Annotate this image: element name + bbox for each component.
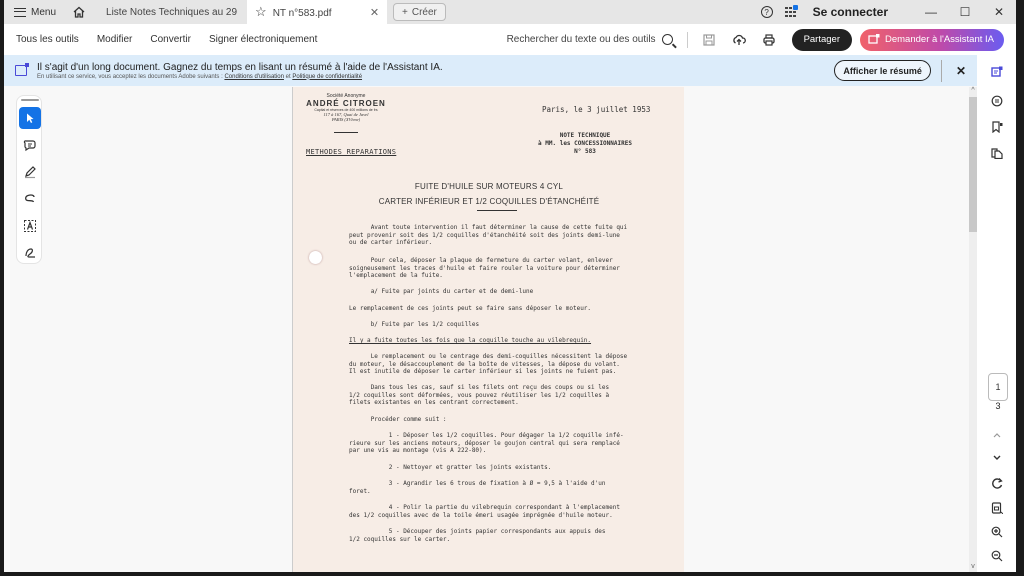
chevron-down-icon[interactable] (991, 451, 1003, 463)
terms-prefix: En utilisant ce service, vous acceptez l… (37, 74, 223, 80)
tab-label: NT n°583.pdf (273, 8, 332, 19)
toolbar-convert[interactable]: Convertir (150, 34, 191, 45)
pen-icon (23, 165, 37, 179)
paragraph: 5 - Découper des joints papier correspon… (349, 528, 679, 543)
draw-tool-button[interactable] (19, 188, 41, 210)
note-header: NOTE TECHNIQUE à MM. les CONCESSIONNAIRE… (525, 132, 645, 156)
close-icon[interactable]: ✕ (982, 5, 1016, 19)
comments-icon[interactable] (991, 95, 1003, 107)
company-name: ANDRÉ CITROEN (305, 99, 387, 108)
punch-hole (309, 251, 322, 264)
paragraph: b/ Fuite par les 1/2 coquilles (349, 321, 679, 329)
zoom-in-icon[interactable] (991, 526, 1003, 538)
create-label: Créer (412, 7, 437, 18)
note-title: NOTE TECHNIQUE (525, 132, 645, 140)
scroll-down-icon[interactable]: v (969, 563, 977, 570)
share-button[interactable]: Partager (792, 29, 852, 51)
vertical-scrollbar[interactable]: ^ v (969, 87, 977, 572)
create-button[interactable]: +Créer (393, 3, 446, 21)
ai-assistant-icon (868, 34, 880, 45)
close-banner-icon[interactable]: ✕ (956, 64, 966, 78)
terms-link[interactable]: Conditions d'utilisation (224, 74, 284, 80)
paragraph: a/ Fuite par joints du carter et de demi… (349, 288, 679, 296)
note-number: N° 583 (525, 148, 645, 156)
page-fit-icon[interactable] (991, 502, 1003, 514)
paragraph: 4 - Polir la partie du vilebrequin corre… (349, 504, 679, 519)
apps-grid-icon[interactable] (785, 6, 797, 18)
zoom-out-icon[interactable] (991, 550, 1003, 562)
pages-icon[interactable] (991, 147, 1003, 159)
paragraph: Le remplacement de ces joints peut se fa… (349, 305, 679, 313)
search-tools-input[interactable]: Rechercher du texte ou des outils (507, 34, 656, 45)
scroll-thumb[interactable] (969, 97, 977, 232)
signature-icon (23, 246, 37, 260)
paragraph: Pour cela, déposer la plaque de fermetur… (349, 257, 679, 280)
bookmarks-icon[interactable] (991, 121, 1003, 133)
help-icon[interactable]: ? (761, 6, 773, 18)
scroll-up-icon[interactable]: ^ (969, 87, 977, 94)
privacy-link[interactable]: Politique de confidentialité (292, 74, 362, 80)
refresh-icon[interactable] (991, 477, 1003, 489)
quick-tools-panel (16, 95, 42, 264)
ai-assistant-icon[interactable] (991, 66, 1003, 78)
menu-label: Menu (31, 7, 56, 18)
comment-icon (23, 138, 37, 152)
close-tab-icon[interactable]: ✕ (370, 6, 379, 19)
letterhead: Société Anonyme ANDRÉ CITROEN Capital et… (305, 93, 387, 133)
save-icon[interactable] (702, 33, 716, 47)
ai-assistant-label: Demander à l'Assistant IA (885, 34, 994, 45)
right-rail: 1 3 (977, 55, 1016, 572)
sign-tool-button[interactable] (19, 242, 41, 264)
department: METHODES REPARATIONS (306, 148, 396, 156)
paragraph: Avant toute intervention il faut détermi… (349, 224, 679, 247)
search-icon[interactable] (662, 34, 673, 45)
plus-icon: + (402, 7, 408, 18)
comment-tool-button[interactable] (19, 134, 41, 156)
tab-nt-583[interactable]: ☆NT n°583.pdf ✕ (247, 0, 387, 24)
banner-terms: En utilisant ce service, vous acceptez l… (37, 74, 443, 80)
cursor-icon (24, 112, 36, 124)
paragraph: Il y a fuite toutes les fois que la coqu… (349, 337, 679, 345)
toolbar-all-tools[interactable]: Tous les outils (16, 34, 79, 45)
divider (687, 32, 688, 48)
divider (941, 60, 942, 82)
maximize-icon[interactable]: ☐ (948, 5, 982, 19)
minimize-icon[interactable]: — (914, 5, 948, 19)
current-page-input[interactable]: 1 (988, 373, 1008, 401)
note-recipient: à MM. les CONCESSIONNAIRES (525, 140, 645, 148)
print-icon[interactable] (762, 33, 776, 47)
ai-summary-banner: Il s'agit d'un long document. Gagnez du … (4, 55, 977, 86)
drag-handle[interactable] (21, 99, 39, 101)
total-pages: 3 (988, 401, 1008, 411)
text-tool-button[interactable] (19, 215, 41, 237)
paragraph: 3 - Agrandir les 6 trous de fixation à Ø… (349, 480, 679, 495)
paragraph: Dans tous les cas, sauf si les filets on… (349, 384, 679, 407)
sign-in-link[interactable]: Se connecter (813, 5, 888, 19)
home-icon[interactable] (72, 5, 86, 19)
select-tool-button[interactable] (19, 107, 41, 129)
company-city: PARIS (XVème) (305, 117, 387, 122)
title-bar: Menu Liste Notes Techniques au 29 ☆NT n°… (4, 0, 1016, 24)
chevron-up-icon[interactable] (991, 429, 1003, 441)
show-summary-button[interactable]: Afficher le résumé (834, 60, 931, 81)
paragraph: 2 - Nettoyer et gratter les joints exist… (349, 464, 679, 472)
hamburger-icon (14, 8, 26, 17)
star-icon[interactable]: ☆ (255, 4, 267, 19)
paragraph: Le remplacement ou le centrage des demi-… (349, 353, 679, 376)
paragraph: Procéder comme suit : (349, 416, 679, 424)
paragraph: 1 - Déposer les 1/2 coquilles. Pour déga… (349, 432, 679, 455)
text-box-icon (23, 219, 37, 233)
toolbar-edit[interactable]: Modifier (97, 34, 133, 45)
toolbar-sign[interactable]: Signer électroniquement (209, 34, 317, 45)
document-date: Paris, le 3 juillet 1953 (542, 105, 650, 114)
acrobat-window: Menu Liste Notes Techniques au 29 ☆NT n°… (4, 0, 1016, 572)
banner-message: Il s'agit d'un long document. Gagnez du … (37, 62, 443, 73)
doc-title-2: CARTER INFÉRIEUR ET 1/2 COQUILLES D'ÉTAN… (293, 197, 684, 206)
ai-assistant-button[interactable]: Demander à l'Assistant IA (860, 29, 1004, 51)
menu-button[interactable]: Menu (4, 0, 66, 24)
main-toolbar: Tous les outils Modifier Convertir Signe… (4, 24, 1016, 55)
tab-liste-notes[interactable]: Liste Notes Techniques au 29 (96, 0, 247, 24)
ai-summary-icon (15, 65, 27, 76)
tab-label: Liste Notes Techniques au 29 (106, 7, 237, 18)
freeform-draw-icon (23, 192, 37, 206)
highlight-tool-button[interactable] (19, 161, 41, 183)
doc-title-1: FUITE D'HUILE SUR MOTEURS 4 CYL (293, 182, 684, 191)
upload-cloud-icon[interactable] (732, 33, 746, 47)
terms-and: et (286, 74, 291, 80)
pdf-page: Société Anonyme ANDRÉ CITROEN Capital et… (292, 87, 684, 572)
